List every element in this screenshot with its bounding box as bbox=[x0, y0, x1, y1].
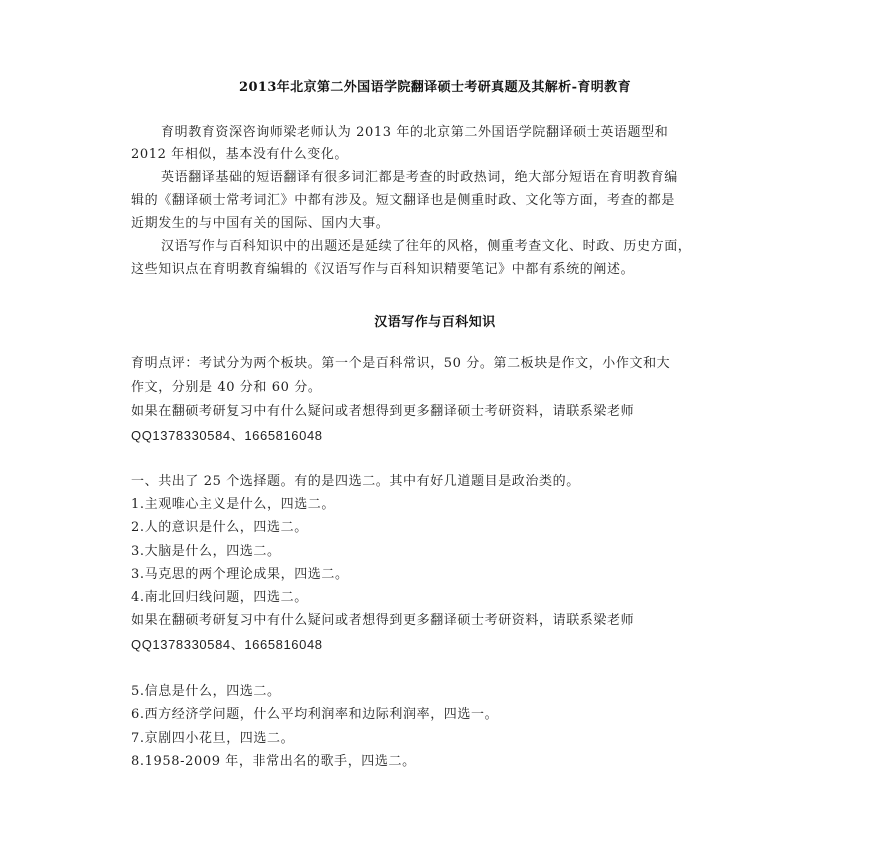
intro-paragraph-1-line-2: 2012 年相似，基本没有什么变化。 bbox=[131, 147, 348, 163]
question-item: 3.大脑是什么，四选二。 bbox=[131, 544, 281, 560]
contact-note-2-qq: QQ1378330584、1665816048 bbox=[131, 637, 323, 653]
questions-intro: 一、共出了 25 个选择题。有的是四选二。其中有好几道题目是政治类的。 bbox=[131, 474, 580, 490]
section-heading: 汉语写作与百科知识 bbox=[0, 311, 870, 330]
intro-paragraph-2-line-1: 英语翻译基础的短语翻译有很多词汇都是考查的时政热词，绝大部分短语在育明教育编 bbox=[161, 170, 678, 186]
question-item: 4.南北回归线问题，四选二。 bbox=[131, 590, 308, 606]
contact-note-2-line-1: 如果在翻硕考研复习中有什么疑问或者想得到更多翻译硕士考研资料，请联系梁老师 bbox=[131, 613, 634, 629]
question-item: 8.1958-2009 年，非常出名的歌手，四选二。 bbox=[131, 754, 416, 770]
intro-paragraph-3-line-2: 这些知识点在育明教育编辑的《汉语写作与百科知识精要笔记》中都有系统的阐述。 bbox=[131, 262, 634, 278]
document-title: 2013年北京第二外国语学院翻译硕士考研真题及其解析-育明教育 bbox=[0, 76, 870, 95]
comment-line-1: 育明点评：考试分为两个板块。第一个是百科常识，50 分。第二板块是作文，小作文和… bbox=[131, 356, 670, 372]
intro-paragraph-2-line-2: 辑的《翻译硕士常考词汇》中都有涉及。短文翻译也是侧重时政、文化等方面，考查的都是 bbox=[131, 193, 675, 209]
question-item: 7.京剧四小花旦，四选二。 bbox=[131, 731, 294, 747]
question-item: 6.西方经济学问题，什么平均利润率和边际利润率，四选一。 bbox=[131, 707, 498, 723]
intro-paragraph-3-line-1: 汉语写作与百科知识中的出题还是延续了往年的风格，侧重考查文化、时政、历史方面， bbox=[161, 239, 691, 255]
intro-paragraph-2-line-3: 近期发生的与中国有关的国际、国内大事。 bbox=[131, 216, 389, 232]
question-item: 5.信息是什么，四选二。 bbox=[131, 684, 281, 700]
question-item: 1.主观唯心主义是什么，四选二。 bbox=[131, 497, 335, 513]
document-page: 2013年北京第二外国语学院翻译硕士考研真题及其解析-育明教育 育明教育资深咨询… bbox=[0, 0, 870, 842]
comment-line-2: 作文，分别是 40 分和 60 分。 bbox=[131, 380, 321, 396]
contact-note-1-qq: QQ1378330584、1665816048 bbox=[131, 428, 323, 444]
question-item: 3.马克思的两个理论成果，四选二。 bbox=[131, 567, 349, 583]
intro-paragraph-1-line-1: 育明教育资深咨询师梁老师认为 2013 年的北京第二外国语学院翻译硕士英语题型和 bbox=[161, 125, 668, 141]
contact-note-1-line-1: 如果在翻硕考研复习中有什么疑问或者想得到更多翻译硕士考研资料，请联系梁老师 bbox=[131, 404, 634, 420]
question-item: 2.人的意识是什么，四选二。 bbox=[131, 520, 308, 536]
